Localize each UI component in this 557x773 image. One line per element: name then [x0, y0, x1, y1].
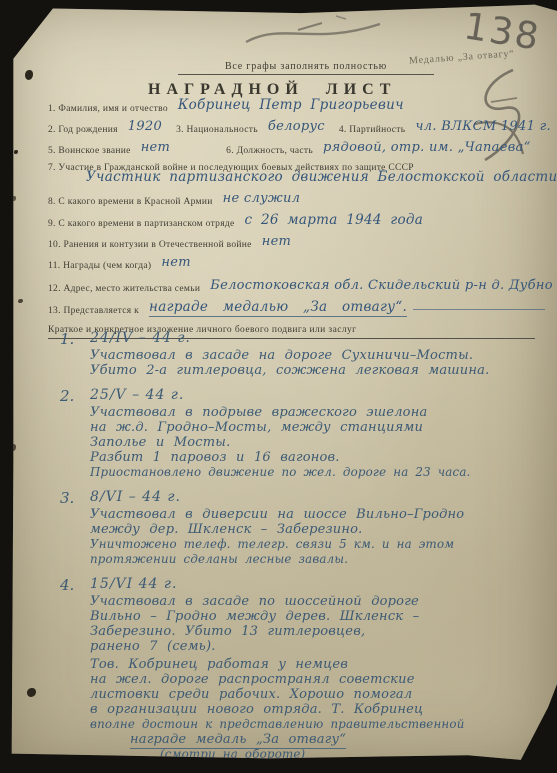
field-rank-value: нет [141, 140, 170, 155]
paper-hole [25, 70, 33, 80]
field-recommendation: 13. Представляется к награде медалью „За… [48, 301, 545, 319]
feat-entry-number: 1. [46, 330, 90, 378]
conclusion-line: листовки среди рабочих. Хорошо помогал [90, 687, 543, 702]
field-partisan-since-value: с 26 марта 1944 года [245, 212, 424, 228]
underline-flourish [413, 309, 545, 310]
field-partisan-since: 9. С какого времени в партизанском отряд… [48, 214, 545, 230]
ink-speck [12, 196, 16, 201]
conclusion-line: на жел. дороге распространял советские [90, 672, 543, 687]
feat-entry-1: 1. 24/IV – 44 г. Участвовал в засаде на … [46, 330, 543, 378]
feat-entry-number: 4. [46, 576, 90, 654]
field-awards-label: 11. Награды (чем когда) [48, 261, 151, 271]
field-redarmy: 8. С какого времени в Красной Армии не с… [48, 193, 545, 208]
conclusion-line: вполне достоин к представлению правитель… [90, 717, 543, 732]
ink-speck [11, 444, 16, 451]
feat-text-line: Участвовал в засаде на дороге Сухиничи–М… [90, 348, 543, 363]
feat-text-line: Разбит 1 паровоз и 16 вагонов. [90, 450, 543, 465]
field-nationality-value: белорус [268, 119, 325, 134]
field-birthyear-label: 2. Год рождения [48, 125, 118, 135]
field-address-value: Белостоковская обл. Скидельский р-н д. Д… [210, 278, 553, 293]
conclusion-line: в организации нового отряда. Т. Кобринец [90, 702, 543, 717]
field-rank-label: 5. Воинское звание [48, 146, 131, 156]
field-party-value: чл. ВЛКСМ 1941 г. [415, 119, 551, 134]
feat-entry-date: 24/IV – 44 г. [90, 330, 543, 346]
field-wounds-value: нет [262, 234, 291, 249]
field-civilwar-answer: Участник партизанского движения Белосток… [76, 171, 545, 187]
field-recommendation-label: 13. Представляется к [48, 306, 139, 316]
ink-speck [18, 299, 23, 303]
feat-text-line: Участвовал в засаде по шоссейной дороге [90, 594, 543, 609]
feat-text-line: Уничтожено телеф. телегр. связи 5 км. и … [90, 537, 543, 552]
field-birth-nationality-party: 2. Год рождения 1920 3. Национальность б… [48, 121, 545, 136]
feat-text-line: Участвовал в подрыве вражеского эшелона [90, 405, 543, 420]
field-wounds: 10. Ранения и контузии в Отечественной в… [48, 236, 545, 251]
feat-text-line: Приостановлено движение по жел. дороге н… [90, 465, 543, 480]
field-birthyear-value: 1920 [128, 119, 162, 134]
field-name-value: Кобринец Петр Григорьевич [178, 97, 404, 113]
conclusion-line: Тов. Кобринец работая у немцев [90, 657, 543, 672]
paper-sheet: 138 Медалью „За отвагу“ Все графы заполн… [0, 0, 557, 773]
conclusion-award-line: награде медаль „За отвагу“ [130, 732, 543, 747]
field-redarmy-label: 8. С какого времени в Красной Армии [48, 197, 213, 207]
feat-text-line: Заполье и Мосты. [90, 435, 543, 450]
feat-text-line: между дер. Шкленск – Заберезино. [90, 522, 543, 537]
field-address: 12. Адрес, место жительства семьи Белост… [48, 280, 545, 295]
field-party-label: 4. Партийность [339, 125, 406, 135]
feat-entry-date: 15/VI 44 г. [90, 576, 543, 592]
feat-entry-2: 2. 25/V – 44 г. Участвовал в подрыве вра… [46, 387, 543, 480]
feat-text-line: протяжении сделаны лесные завалы. [90, 552, 543, 567]
ink-speck [9, 563, 12, 566]
field-awards: 11. Награды (чем когда) нет [48, 257, 545, 272]
feat-entry-number: 3. [46, 489, 90, 567]
feat-text-line: ранено 7 (семь). [90, 639, 543, 654]
feat-entry-4: 4. 15/VI 44 г. Участвовал в засаде по шо… [46, 576, 543, 654]
field-recommendation-value: награде медалью „За отвагу“. [149, 299, 407, 317]
form-fields: 1. Фамилия, имя и отчество Кобринец Петр… [48, 99, 545, 339]
field-redarmy-value: не служил [223, 191, 301, 206]
feat-entry-date: 8/VI – 44 г. [90, 489, 543, 505]
conclusion-verso-note: (смотри на обороте) [160, 747, 543, 762]
field-civilwar-value: Участник партизанского движения Белосток… [86, 169, 557, 185]
feats-conclusion: Тов. Кобринец работая у немцев на жел. д… [90, 657, 543, 762]
feat-entry-number: 2. [46, 387, 90, 480]
field-unit-label: 6. Должность, часть [226, 146, 313, 156]
field-address-label: 12. Адрес, место жительства семьи [48, 284, 200, 294]
form-instruction: Все графы заполнять полностью [178, 61, 434, 75]
field-wounds-label: 10. Ранения и контузии в Отечественной в… [48, 240, 252, 250]
scanned-award-document: { "annotations": { "page_number": "138",… [0, 0, 557, 773]
feat-text-line: Заберезино. Убито 13 гитлеровцев, [90, 624, 543, 639]
feat-entry-date: 25/V – 44 г. [90, 387, 543, 403]
field-rank-unit: 5. Воинское звание нет 6. Должность, час… [48, 142, 545, 157]
feats-list: 1. 24/IV – 44 г. Участвовал в засаде на … [46, 330, 543, 762]
field-unit-value: рядовой, отр. им. „Чапаева“ [323, 140, 531, 155]
feat-text-line: Участвовал в диверсии на шоссе Вильно–Гр… [90, 507, 543, 522]
feat-text-line: Убито 2-а гитлеровца, сожжена легковая м… [90, 363, 543, 378]
feat-entry-3: 3. 8/VI – 44 г. Участвовал в диверсии на… [46, 489, 543, 567]
feat-text-line: Вильно – Гродно между дерев. Шкленск – [90, 609, 543, 624]
field-nationality-label: 3. Национальность [176, 125, 258, 135]
field-name: 1. Фамилия, имя и отчество Кобринец Петр… [48, 99, 545, 115]
paper-hole [27, 688, 36, 697]
field-awards-value: нет [161, 255, 190, 270]
pencil-scribble-top-icon [238, 10, 388, 52]
field-name-label: 1. Фамилия, имя и отчество [48, 104, 168, 114]
feat-text-line: на ж.д. Гродно–Мосты, между станциями [90, 420, 543, 435]
ink-speck [14, 150, 18, 154]
field-partisan-since-label: 9. С какого времени в партизанском отряд… [48, 219, 235, 229]
